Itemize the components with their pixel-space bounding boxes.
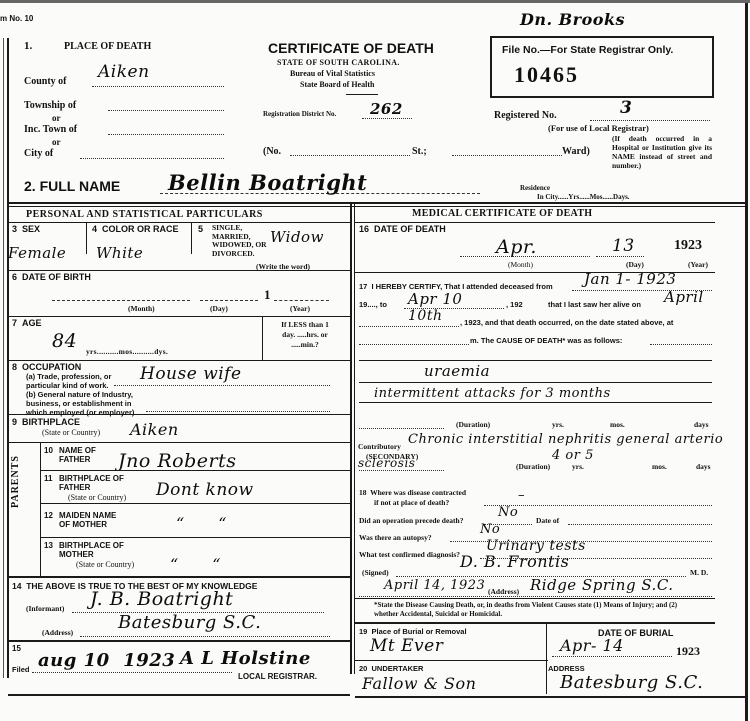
contributory-yrs: yrs. [572,462,584,471]
burial-date-line [552,656,672,657]
contributory-line-2 [359,470,444,471]
sex-number: 3 [12,224,17,234]
cause-intro-line [650,344,712,345]
sex-divider [86,222,87,254]
dob-year-label: (Year) [290,304,310,313]
signed-label: (Signed) [362,568,389,577]
cause-footnote: *State the Disease Causing Death, or, in… [374,601,694,619]
medical-heading: MEDICAL CERTIFICATE OF DEATH [412,208,592,219]
street-st-label: St.; [412,146,427,157]
contracted-label-text: Where was disease contracted [370,488,466,497]
occupation-a-label: (a) Trade, profession, or particular kin… [26,372,136,390]
sex-label-text: SEX [22,224,40,234]
registration-district-line [362,118,412,119]
birthplace-number: 9 [12,417,17,427]
marital-value: Widow [270,228,324,246]
father-number: 10 [44,446,53,455]
cause-detail: intermittent attacks for 3 months [374,386,611,401]
county-line [92,86,224,87]
row-rule-father [40,470,350,471]
dod-month: Apr. [496,236,537,258]
age-value: 84 [52,330,77,352]
contributory-value-2: sclerosis [358,456,415,470]
dod-year-label: (Year) [688,260,708,269]
bottom-border-left [8,694,350,696]
row-rule-1 [8,270,350,271]
divider-top-2 [8,206,745,207]
town-label: Inc. Town of [24,124,77,135]
dob-year-line [274,300,329,301]
father-birthplace-state-label: (State or Country) [68,493,126,502]
row-rule-2 [8,316,350,317]
row-rule-informant [8,640,350,642]
footnote-rule-top [355,598,715,599]
left-border [7,38,9,678]
dob-month-label: (Month) [128,304,155,313]
row-rule-4 [8,414,350,415]
county-label: County of [24,76,67,87]
birthplace-label: 9 BIRTHPLACE [12,417,80,427]
birthplace-state-label: (State or Country) [42,428,100,437]
contributory-mos: mos. [652,462,667,471]
signed-date: April 14, 1923 [384,578,485,593]
registration-district-value: 262 [370,100,403,118]
birthplace-label-text: BIRTHPLACE [22,417,80,427]
burial-date-value: Apr- 14 [560,636,624,655]
street-line [290,155,410,156]
burial-place-label-text: Place of Burial or Removal [372,627,467,636]
duration-yrs: yrs. [552,420,564,429]
father-value: Jno Roberts [118,450,236,472]
file-number-box: File No.—For State Registrar Only. 10465 [490,36,714,98]
or-label-1: or [52,113,61,123]
md-label: M. D. [690,568,708,577]
registered-no-value: 3 [620,98,632,118]
undertaker-address-value: Batesburg S.C. [560,672,703,693]
board-name: State Board of Health [300,80,374,89]
dob-day-label: (Day) [210,304,228,313]
occupation-b-label: (b) General nature of Industry, business… [26,390,146,417]
age-units: yrs..........mos..........dys. [86,347,168,356]
full-name-label: 2. FULL NAME [24,178,120,194]
occupation-number: 8 [12,362,17,372]
occupation-value: House wife [140,364,242,384]
duration-mos: mos. [610,420,625,429]
duration-label: (Duration) [456,420,490,429]
parents-label: PARENTS [10,455,21,508]
undertaker-label-text: UNDERTAKER [372,664,424,673]
father-birthplace-number: 11 [44,474,52,483]
filed-number: 15 [12,644,21,653]
date-of-label: Date of [536,516,559,525]
burial-divider [546,624,547,694]
form-number: m No. 10 [0,14,33,23]
occupation-a-line [114,385,330,386]
certify-line3: , 1923, and that death occurred, on the … [460,318,673,327]
contracted-label: 18 Where was disease contracted [359,488,466,497]
or-label-2: or [52,137,61,147]
marital-label: SINGLE, MARRIED, WIDOWED, OR DIVORCED. [212,224,272,258]
mother-number: 12 [44,511,53,520]
row-rule-mother [40,537,350,538]
age-label-text: AGE [22,318,42,328]
duration-line [359,428,444,429]
center-divider [350,204,352,674]
date-of-death-number: 16 [359,224,369,234]
registered-no-label: Registered No. [494,110,557,121]
registrar-signature: A L Holstine [180,648,311,669]
handwritten-annotation: Dn. Brooks [520,10,625,29]
row-rule-parents-end [8,576,350,578]
mother-birthplace-number: 13 [44,541,53,550]
residence-detail: In City......Yrs......Mos......Days. [537,193,630,201]
personal-heading: PERSONAL AND STATISTICAL PARTICULARS [26,209,263,220]
center-divider-2 [354,204,355,674]
personal-heading-rule [8,222,350,223]
father-birthplace-label: BIRTHPLACE OF FATHER [59,474,129,492]
ward-line [452,155,562,156]
row-rule-5 [8,442,350,443]
duration-days: days [694,420,709,429]
less-than-day: If LESS than 1 day. .....hrs. or .....mi… [274,320,336,350]
sex-value: Female [8,244,66,262]
certify-line2-c: that I last saw her alive on [548,300,641,309]
medical-heading-rule [355,222,715,223]
time-line [359,344,469,345]
township-line [108,110,224,111]
residence-label: Residence [520,184,550,192]
operation-label: Did an operation precede death? [359,516,463,525]
township-label: Township of [24,100,76,111]
informant-label: (Informant) [26,604,64,613]
contracted-number: 18 [359,488,367,497]
race-divider [191,222,192,254]
physician-address-label: (Address) [488,587,519,596]
contributory-duration: 4 or 5 [552,448,594,463]
race-label: 4 COLOR OR RACE [92,224,179,234]
undertaker-label: 20 UNDERTAKER [359,664,423,673]
city-line [80,158,224,159]
attended-from-value: Jan 1- 1923 [584,270,676,288]
contributory-value: Chronic interstitial nephritis general a… [408,432,723,447]
father-label: NAME OF FATHER [59,446,109,464]
dob-label-text: DATE OF BIRTH [22,272,91,282]
autopsy-label: Was there an autopsy? [359,533,432,542]
dod-day-line [596,256,644,257]
mother-value: “ “ [176,514,227,533]
certificate-title: CERTIFICATE OF DEATH [268,40,434,56]
place-of-death-heading: PLACE OF DEATH [64,41,151,52]
attended-to-value: Apr 10 [408,290,462,308]
left-border-inner [3,38,4,678]
burial-date-year: 1923 [676,644,700,659]
signed-value: D. B. Frontis [460,552,569,571]
race-label-text: COLOR OR RACE [102,224,179,234]
dod-month-label: (Month) [508,260,533,269]
burial-place-value: Mt Ever [370,636,443,656]
cause-line-1 [359,360,712,361]
cause-of-death: uraemia [424,362,490,380]
age-divider [262,316,263,360]
last-seen-value: April [664,288,704,306]
date-of-line [568,524,712,525]
occupation-b-line [146,411,330,412]
marital-number: 5 [198,224,203,234]
informant-address-label: (Address) [42,628,73,637]
street-no-label: (No. [263,146,281,157]
sex-label: 3 SEX [12,224,40,234]
dob-month-line [52,300,190,301]
dod-day-label: (Day) [626,260,644,269]
burial-place-number: 19 [359,627,367,636]
race-value: White [96,244,143,262]
contracted-value: – [518,488,525,503]
dob-label: 6 DATE OF BIRTH [12,272,91,282]
cause-line-2 [359,382,712,383]
local-registrar-label: LOCAL REGISTRAR. [238,672,317,681]
undertaker-value: Fallow & Son [362,674,476,693]
footnote-rule-bottom [355,622,715,624]
dob-number: 6 [12,272,17,282]
dob-year-prefix: 1 [264,287,271,303]
bureau-name: Bureau of Vital Statistics [290,69,375,78]
undertaker-number: 20 [359,664,367,673]
place-of-death-number: 1. [24,40,32,52]
ward-label: Ward) [562,146,590,157]
mother-birthplace-value: “ “ [170,555,221,574]
autopsy-value: No [480,522,500,537]
file-number-label: File No.—For State Registrar Only. [502,44,673,56]
certify-number: 17 [359,282,367,291]
burial-place-rule [355,660,548,661]
filed-label: Filed [12,665,30,674]
race-number: 4 [92,224,97,234]
informant-address-line [80,636,330,637]
cause-line-3 [359,402,712,403]
bottom-border-right [355,696,745,698]
top-edge [0,0,750,3]
mother-birthplace-state-label: (State or Country) [76,560,134,569]
contracted-label-2: if not at place of death? [374,498,449,507]
operation-value: No [498,505,518,520]
contributory-duration-label: (Duration) [516,462,550,471]
last-seen-day-line [359,326,459,327]
dod-year: 1923 [674,238,702,254]
registration-district-label: Registration District No. [263,110,336,118]
mother-birthplace-label: BIRTHPLACE OF MOTHER [59,541,129,559]
full-name-value: Bellin Boatright [168,170,367,195]
dod-day: 13 [612,236,635,256]
row-rule-father-bp [40,503,350,504]
dob-day-line [200,300,258,301]
certify-line2-b: , 192 [506,300,523,309]
informant-value: J. B. Boatright [90,588,233,610]
last-seen-day: 10th [408,308,442,324]
occupation-label-text: OCCUPATION [22,362,81,372]
burial-place-label: 19 Place of Burial or Removal [359,627,467,636]
mother-label: MAIDEN NAME OF MOTHER [59,511,129,529]
local-registrar-note: (For use of Local Registrar) [548,123,649,133]
occupation-label: 8 OCCUPATION [12,362,81,372]
date-of-death-label-text: DATE OF DEATH [374,224,446,234]
contributory-days: days [696,462,711,471]
filed-value: aug 10 1923 [38,650,175,671]
contributory-label: Contributory [358,442,401,451]
filed-line [32,672,232,673]
parents-divider [40,442,41,576]
certify-line4: m. The CAUSE OF DEATH* was as follows: [470,336,622,345]
city-label: City of [24,148,53,159]
birthplace-value: Aiken [130,420,179,439]
date-of-death-label: 16 DATE OF DEATH [359,224,446,234]
row-rule-3 [8,360,350,361]
certify-line2-a: 19...., to [359,300,387,309]
divider-top [8,202,745,204]
hospital-note: (If death occurred in a Hospital or Inst… [612,134,712,170]
state-name: STATE OF SOUTH CAROLINA. [277,58,400,67]
right-border [745,0,748,721]
header-rule [346,94,378,95]
registered-no-line [590,120,710,121]
physician-address: Ridge Spring S.C. [530,576,674,594]
county-value: Aiken [98,62,150,82]
signed-date-line [359,596,712,597]
informant-address-value: Batesburg S.C. [118,612,261,633]
file-number-value: 10465 [514,62,579,88]
father-birthplace-value: Dont know [156,480,254,500]
informant-number: 14 [12,581,21,591]
age-number: 7 [12,318,17,328]
test-label: What test confirmed diagnosis? [359,550,460,559]
age-label: 7 AGE [12,318,42,328]
town-line [108,134,224,135]
